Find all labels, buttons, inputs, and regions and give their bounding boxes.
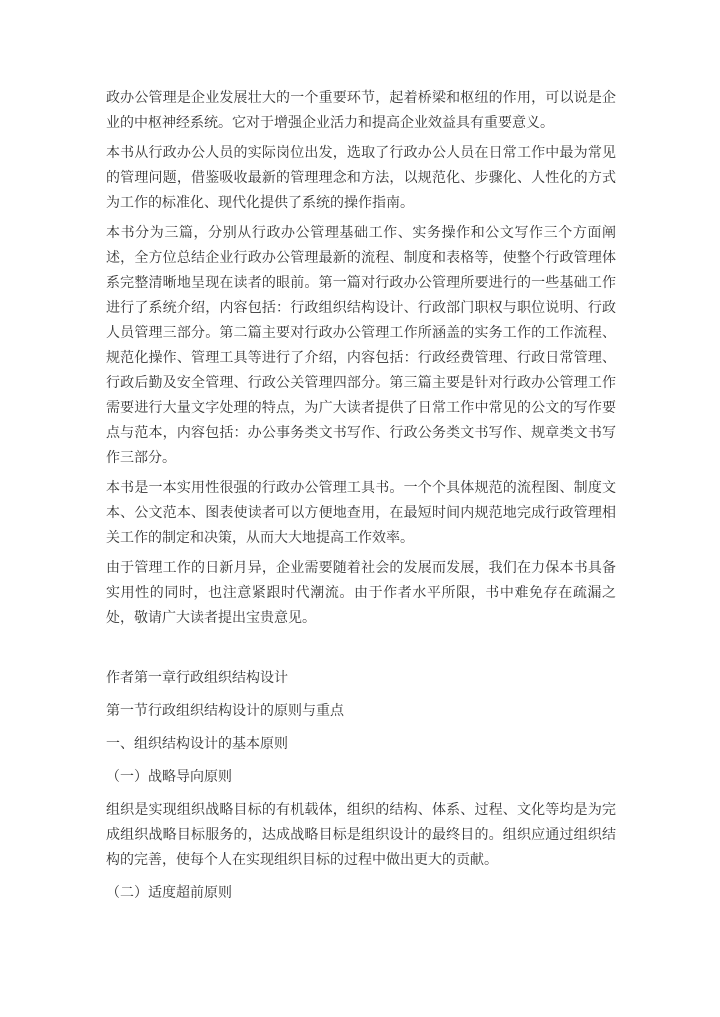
preface-paragraph-2: 本书从行政办公人员的实际岗位出发，选取了行政办公人员在日常工作中最为常见的管理问… (106, 140, 616, 215)
principle-1-body: 组织是实现组织战略目标的有机载体，组织的结构、体系、过程、文化等均是为完成组织战… (106, 797, 616, 872)
chapter-heading: 作者第一章行政组织结构设计 (106, 665, 616, 690)
section-heading: 第一节行政组织结构设计的原则与重点 (106, 698, 616, 723)
document-page: 政办公管理是企业发展壮大的一个重要环节，起着桥梁和枢纽的作用，可以说是企业的中枢… (0, 0, 720, 1017)
subsection-heading: 一、组织结构设计的基本原则 (106, 731, 616, 756)
principle-1-heading: （一）战略导向原则 (106, 764, 616, 789)
preface-paragraph-5: 由于管理工作的日新月异，企业需要随着社会的发展而发展，我们在力保本书具备实用性的… (106, 555, 616, 630)
preface-paragraph-1: 政办公管理是企业发展壮大的一个重要环节，起着桥梁和枢纽的作用，可以说是企业的中枢… (106, 85, 616, 135)
text-content: 政办公管理是企业发展壮大的一个重要环节，起着桥梁和枢纽的作用，可以说是企业的中枢… (0, 0, 720, 905)
principle-2-heading: （二）适度超前原则 (106, 880, 616, 905)
preface-paragraph-4: 本书是一本实用性很强的行政办公管理工具书。一个个具体规范的流程图、制度文本、公文… (106, 475, 616, 550)
preface-paragraph-3: 本书分为三篇，分别从行政办公管理基础工作、实务操作和公文写作三个方面阐述，全方位… (106, 220, 616, 470)
